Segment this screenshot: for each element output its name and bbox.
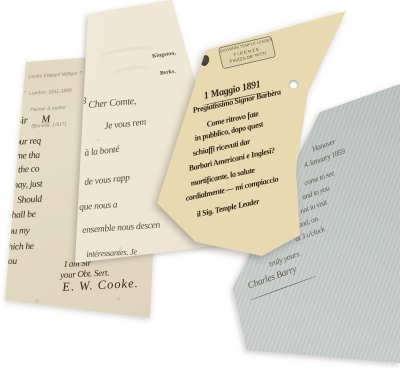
handwritten-line: and to you <box>301 184 331 201</box>
foxing-spot <box>5 244 11 250</box>
handwritten-line: name tha <box>7 152 40 163</box>
handwritten-line: Je vous rem <box>104 119 146 133</box>
handwritten-line: not in visit <box>299 198 328 215</box>
handwritten-line: Should <box>17 196 42 207</box>
pencil-note-line: Painter & etcher <box>30 103 84 112</box>
stamp-line: GIOVANNI TEMPLE LEADER <box>220 38 272 55</box>
handwritten-line: in pubblico, dopo quest <box>194 121 264 143</box>
letterhead-line: Kingston, <box>152 50 177 59</box>
handwritten-line: Sir M <box>16 115 50 127</box>
handwritten-line: Shall be <box>7 211 36 221</box>
handwritten-line: which he <box>2 243 34 254</box>
salutation: Pregiatissimo Signor Barbèra <box>192 88 282 115</box>
salutation: Cher Comte, <box>88 97 137 111</box>
foxing-spot <box>145 114 150 119</box>
foxing-spot <box>96 138 100 142</box>
foxing-spot <box>118 246 123 251</box>
pencil-note-line: Cooke Edward William ? <box>28 70 82 79</box>
punch-hole <box>289 80 298 89</box>
handwritten-line: cordialmente — mi compiaccio <box>185 175 279 202</box>
foxing-spot <box>34 298 40 304</box>
handwritten-line: 3 <box>82 97 86 106</box>
signature-underline <box>249 275 317 301</box>
show-through-mark <box>112 64 153 79</box>
heading-line: Hanover <box>311 138 336 153</box>
handwritten-line: schiaffi ricevuti dar <box>192 138 251 158</box>
foxing-spot <box>116 296 121 301</box>
pencil-note-line: (Bonella, 1/617) <box>31 120 85 129</box>
date-line: 4 January 1859 <box>303 147 346 169</box>
stamp-line: PIAZZA DE' PITTI <box>222 49 274 66</box>
letter-cooke: Cooke Edward William ? London, 1811-1880… <box>0 0 400 371</box>
ink-blot <box>199 54 210 67</box>
handwritten-line: de vous rapp <box>84 174 130 188</box>
signature-cooke: E. W. Cooke. <box>62 277 139 293</box>
handwritten-line: at 3 o'clock <box>294 225 326 243</box>
handwritten-line: intéressantes. Je <box>86 247 137 258</box>
handwritten-line: may, just <box>11 180 43 191</box>
handwritten-line: Come ritrovo fate <box>206 110 259 129</box>
handwritten-line: you my <box>4 227 30 237</box>
date-line: 1 Maggio 1891 <box>203 80 262 102</box>
handwritten-line: in the co <box>9 165 39 176</box>
date-underline <box>202 91 269 106</box>
pencil-note-line: London, 1811-1880 <box>29 87 83 96</box>
stamp-line: FIRENZE <box>221 44 273 61</box>
rubber-stamp: GIOVANNI TEMPLE LEADER FIRENZE PIAZZA DE… <box>218 36 276 69</box>
pencil-note: Cooke Edward William ? London, 1811-1880… <box>27 59 86 140</box>
letter-italian: GIOVANNI TEMPLE LEADER FIRENZE PIAZZA DE… <box>0 0 400 371</box>
handwritten-line: Barbari Americani e Inglesi? <box>188 147 276 173</box>
letter-gray: Hanover 4 January 1859 come to see and t… <box>0 0 400 371</box>
letterhead-line: Berks. <box>160 67 179 76</box>
closing-line: I am Sir <box>64 259 91 269</box>
closing-line: truly yours <box>268 250 300 268</box>
handwritten-line: come to see <box>303 169 335 187</box>
handwritten-line: à la bonté <box>84 146 120 160</box>
closing-line: your Obt. Sert. <box>60 268 109 280</box>
manuscript-letters-photo: Cooke Edward William ? London, 1811-1880… <box>0 0 400 371</box>
foxing-spot <box>10 165 18 173</box>
show-through-mark <box>100 44 156 64</box>
handwritten-line: your req <box>11 137 41 148</box>
handwritten-line: il Sig. Temple Leader <box>196 198 260 219</box>
handwritten-line: ensemble nous descen <box>82 222 160 237</box>
handwritten-line: you <box>4 258 17 268</box>
signature-barry: Charles Barry <box>247 266 298 292</box>
foxing-spot <box>23 90 27 94</box>
handwritten-line: mortificante, la salute <box>190 166 256 187</box>
handwritten-line: and, on <box>297 215 319 229</box>
printed-letterhead: Kingston, Berks. <box>150 38 180 89</box>
letter-gray-layer: Hanover 4 January 1859 come to see and t… <box>0 0 400 371</box>
handwritten-line: que nous a <box>79 201 118 213</box>
letter-french: Kingston, Berks. 3 Cher Comte, Je vous r… <box>0 0 400 371</box>
letter-cooke-layer: Cooke Edward William ? London, 1811-1880… <box>0 0 400 371</box>
letter-italian-layer: GIOVANNI TEMPLE LEADER FIRENZE PIAZZA DE… <box>0 0 400 371</box>
letter-french-layer: Kingston, Berks. 3 Cher Comte, Je vous r… <box>0 0 400 371</box>
